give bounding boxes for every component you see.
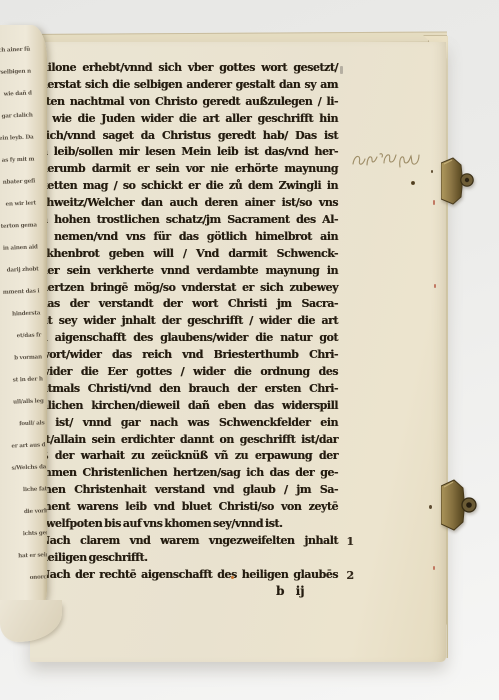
fragment-line: wie dañ d (0, 82, 39, 106)
fragment-line: as fy mit m (0, 148, 42, 172)
fragment-line: st in der h (2, 368, 47, 392)
fragment-line: in ainen aid (0, 236, 45, 260)
fragment-line: terton gema (0, 214, 44, 238)
fragment-line: ichts ger (8, 522, 47, 546)
fragment-line: gar clalich (0, 104, 40, 128)
brass-clasp-bottom-icon (441, 479, 477, 531)
text-line: hertzen bringē mög/so vnderstat er sich … (40, 280, 338, 297)
wormhole-spot (411, 181, 415, 185)
text-line: derumb darmit er sein vor nie erhörte ma… (40, 161, 338, 178)
red-edge-fleck (434, 284, 436, 288)
text-line: Nach der rechtē aigenschafft des heilige… (40, 567, 338, 584)
red-edge-fleck (433, 566, 435, 570)
fragment-line: die vorh (7, 500, 47, 524)
text-line: n hohen trostlichen schatz/jm Sacrament … (40, 212, 338, 229)
text-line: derstat sich die selbigen anderer gestal… (40, 77, 338, 94)
text-line: chweitz/Welcher dan auch deren ainer ist… (40, 195, 338, 212)
orange-fleck (231, 576, 234, 579)
text-line: ment warens leib vnd bluet Christi/so vo… (40, 499, 338, 516)
fragment-line: b vorman (2, 346, 47, 370)
text-line: Nach clarem vnd warem vngezweifelten jnh… (40, 533, 338, 550)
text-line: uilone erhebt/vnnd sich vber gottes wort… (40, 60, 338, 77)
fragment-line: er art aus d (5, 434, 47, 458)
clasp-rivet (431, 170, 433, 173)
fragment-line: mment das i (0, 280, 47, 304)
text-line: r ist/ vnnd gar nach was Schwenckfelder … (40, 415, 338, 432)
margin-number: 2 (346, 568, 354, 585)
margin-number: 1 (346, 534, 354, 551)
fragment-line: darij zhobt (0, 258, 46, 282)
text-line: das der verstandt der wort Christi jm Sa… (40, 296, 338, 313)
text-line: htmals Christi/vnd den brauch der ersten… (40, 381, 338, 398)
photo-background: uilone erhebt/vnnd sich vber gottes wort… (0, 0, 499, 700)
fragment-line: nbater gefi (0, 170, 43, 194)
text-line: wider die Eer gottes / wider die ordnung… (40, 364, 338, 381)
fragment-line: et/das fr (1, 324, 47, 348)
fragment-line: erselbigen n (0, 60, 38, 84)
text-line: inen Christenhait verstand vnd glaub / j… (40, 482, 338, 499)
fragment-line: hat er sein (9, 544, 47, 568)
fragment-line: liche fat (7, 478, 47, 502)
fragment-line: onorch (10, 566, 47, 590)
text-line: der sein verkherte vnnd verdambte maynun… (40, 263, 338, 280)
fragment-line: ch ainer fü (0, 38, 38, 62)
text-line: d aigenschafft des glaubens/wider die na… (40, 330, 338, 347)
signature-mark: b ij (276, 584, 304, 598)
text-line: heiligen geschrifft. (40, 550, 338, 567)
handwritten-marginalia (350, 144, 428, 174)
text-line: mmen Christenlichen hertzen/sag ich das … (40, 465, 338, 482)
text-line: zwelfpoten bis auf vns khomen sey/vnnd i… (40, 516, 338, 533)
text-line: ß der warhait zu zeücknüß vñ zu erpawung… (40, 448, 338, 465)
text-line: nlichen kirchen/dieweil dañ eben das wid… (40, 398, 338, 415)
fragment-line: en wir lert (0, 192, 43, 216)
text-line: n leib/sollen mir lesen Mein leib ist da… (40, 144, 338, 161)
previous-page-edge: ch ainer füerselbigen nwie dañ dgar clal… (0, 25, 47, 617)
fragment-line: hindersta (0, 302, 47, 326)
red-edge-fleck (433, 200, 435, 205)
fragment-line: vein leyb. Da (0, 126, 41, 150)
text-line: s nemen/vnd vns für das götlich himelbro… (40, 229, 338, 246)
fragment-line: ull/alls leg (3, 390, 47, 414)
book-page: uilone erhebt/vnnd sich vber gottes wort… (30, 42, 446, 662)
previous-page-fragments: ch ainer füerselbigen nwie dañ dgar clal… (0, 25, 47, 590)
ink-speck (340, 66, 343, 74)
fragment-line: foull/ als (4, 412, 47, 436)
text-line: y wie die Juden wider die art aller gesc… (40, 111, 338, 128)
text-line: ckhenbrot geben will / Vnd darmit Schwen… (40, 246, 338, 263)
text-line: sich/vnnd saget da Christus geredt hab/ … (40, 128, 338, 145)
text-line: wort/wider das reich vnd Briesterthumb C… (40, 347, 338, 364)
fragment-line: s/Welchs da (6, 456, 47, 480)
clasp-rivet (429, 505, 432, 509)
text-line: ketten mag / so schickt er die zů dem Zw… (40, 178, 338, 195)
text-line: sten nachtmal von Christo geredt außzule… (40, 94, 338, 111)
text-line: nt sey wider jnhalt der geschrifft / wid… (40, 313, 338, 330)
text-column: uilone erhebt/vnnd sich vber gottes wort… (40, 60, 338, 584)
text-line: rt/allain sein erdichter dannt on geschr… (40, 432, 338, 449)
brass-clasp-top-icon (441, 157, 475, 205)
